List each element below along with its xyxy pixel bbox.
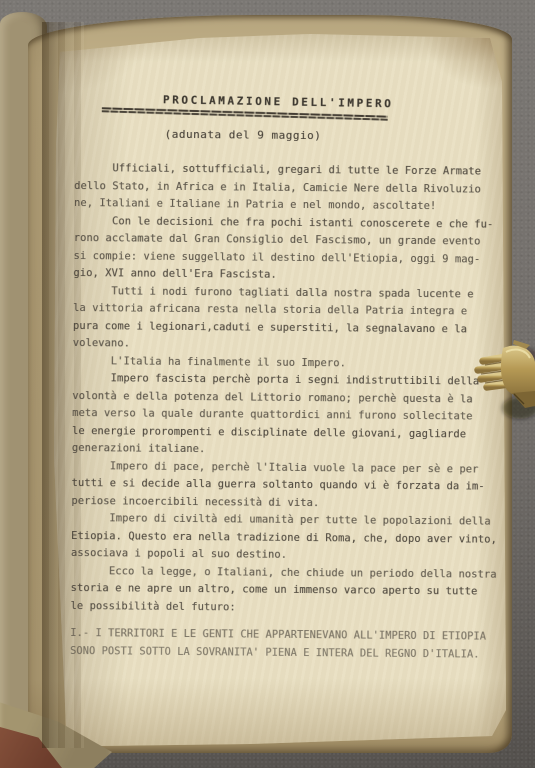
brass-hand-clip-icon (468, 336, 535, 426)
law-line: SONO POSTI SOTTO LA SOVRANITA' PIENA E I… (70, 642, 494, 663)
typescript: PROCLAMAZIONE DELL'IMPERO (adunata del 9… (70, 86, 499, 664)
typescript-body: Ufficiali, sottufficiali, gregari di tut… (70, 160, 498, 619)
photo-of-book-page: PROCLAMAZIONE DELL'IMPERO (adunata del 9… (0, 0, 535, 768)
page-title: PROCLAMAZIONE DELL'IMPERO (163, 93, 499, 112)
typescript-line: le possibilità del futuro: (70, 597, 494, 618)
law-article-block: I.- I TERRITORI E LE GENTI CHE APPARTENE… (70, 625, 494, 664)
page-subtitle: (adunata del 9 maggio) (165, 128, 499, 144)
